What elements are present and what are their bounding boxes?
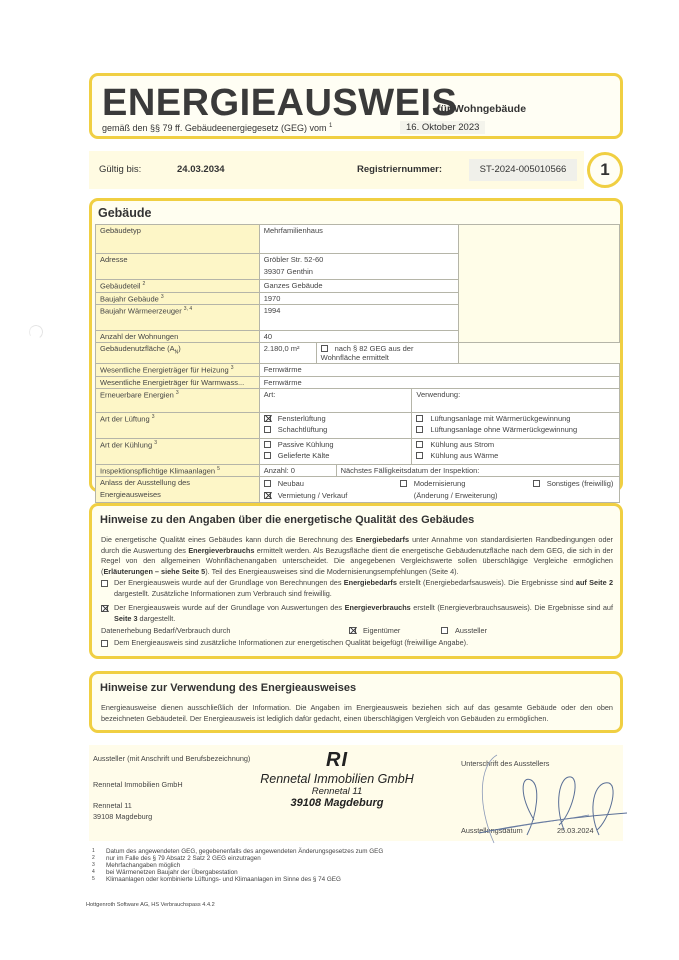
checkbox-checked[interactable] xyxy=(264,415,271,422)
label-ac-inspection: Inspektionspflichtige Klimaanlagen 5 xyxy=(96,464,260,477)
value-year-built: 1970 xyxy=(259,292,459,305)
law-reference: gemäß den §§ 79 ff. Gebäudeenergiegesetz… xyxy=(102,123,332,133)
label-address: Adresse xyxy=(96,254,260,280)
address-street: Gröbler Str. 52-60 xyxy=(264,255,455,264)
issuer-street: Rennetal 11 xyxy=(93,801,132,810)
row-renewable: Erneuerbare Energien 3 Art: Verwendung: xyxy=(96,388,620,412)
building-table: Gebäudetyp Mehrfamilienhaus Adresse Gröb… xyxy=(95,224,620,503)
label-cooling: Art der Kühlung 3 xyxy=(96,438,260,464)
stamp-logo: RI xyxy=(237,749,437,772)
address-city: 39307 Genthin xyxy=(264,267,455,276)
checkbox[interactable] xyxy=(264,441,271,448)
label-heating-carrier: Wesentliche Energieträger für Heizung 3 xyxy=(96,364,260,377)
value-water-carrier: Fernwärme xyxy=(259,376,619,388)
checkbox-living-space[interactable] xyxy=(321,345,328,352)
label-ventilation: Art der Lüftung 3 xyxy=(96,412,260,438)
option-rent-sale[interactable]: Vermietung / Verkauf xyxy=(264,491,348,500)
option-new-building[interactable]: Neubau xyxy=(264,479,304,488)
option-cooling-heat[interactable]: Kühlung aus Wärme xyxy=(416,451,615,460)
row-ac-inspection: Inspektionspflichtige Klimaanlagen 5 Anz… xyxy=(96,464,620,477)
option-cooling-electric[interactable]: Kühlung aus Strom xyxy=(416,440,615,449)
valid-until-label: Gültig bis: xyxy=(99,164,141,175)
section-title: Hinweise zur Verwendung des Energieauswe… xyxy=(100,682,356,694)
option-owner[interactable]: Eigentümer xyxy=(349,626,400,637)
option-other[interactable]: Sonstiges (freiwillig) xyxy=(533,479,614,488)
stamp-city: 39108 Magdeburg xyxy=(237,797,437,809)
checkbox[interactable] xyxy=(400,480,407,487)
label-renewable: Erneuerbare Energien 3 xyxy=(96,388,260,412)
checkbox[interactable] xyxy=(441,627,448,634)
value-area: 2.180,0 m² xyxy=(259,343,316,364)
law-text: gemäß den §§ 79 ff. Gebäudeenergiegesetz… xyxy=(102,123,326,133)
label-area: Gebäudenutzfläche (AN) xyxy=(96,343,260,364)
row-issue-reason: Anlass der Ausstellung desEnergieausweis… xyxy=(96,477,620,503)
checkbox-label: nach § 82 GEG aus der Wohnfläche ermitte… xyxy=(321,344,414,362)
checkbox[interactable] xyxy=(533,480,540,487)
label-building-part: Gebäudeteil 2 xyxy=(96,280,260,293)
checkbox[interactable] xyxy=(416,452,423,459)
value-renewable-usage: Verwendung: xyxy=(412,388,620,412)
label-year-heater: Baujahr Wärmeerzeuger 3, 4 xyxy=(96,305,260,331)
stamp-name: Rennetal Immobilien GmbH xyxy=(237,772,437,786)
option-delivered-cold[interactable]: Gelieferte Kälte xyxy=(264,451,408,460)
checkbox-checked[interactable] xyxy=(264,492,271,499)
value-building-part: Ganzes Gebäude xyxy=(259,280,459,293)
option-issuer[interactable]: Aussteller xyxy=(441,626,487,637)
checkbox[interactable] xyxy=(416,415,423,422)
footnote-ref: 1 xyxy=(329,123,332,129)
page-number-badge: 1 xyxy=(587,152,623,188)
punch-hole-mark xyxy=(28,324,44,340)
modernisation-detail: (Änderung / Erweiterung) xyxy=(414,491,498,500)
checkbox-checked[interactable] xyxy=(349,627,356,634)
option-modernisation[interactable]: Modernisierung xyxy=(400,479,466,488)
label-units: Anzahl der Wohnungen xyxy=(96,331,260,343)
issuer-label: Aussteller (mit Anschrift und Berufsbeze… xyxy=(93,754,250,763)
document-subtitle: für Wohngebäude xyxy=(437,103,526,115)
option-additional-info[interactable]: Dem Energieausweis sind zusätzliche Info… xyxy=(101,638,613,649)
value-ac-count: Anzahl: 0 xyxy=(259,464,336,477)
law-date-field: 16. Oktober 2023 xyxy=(400,121,485,134)
row-water-carrier: Wesentliche Energieträger für Warmwass..… xyxy=(96,376,620,388)
label-building-type: Gebäudetyp xyxy=(96,225,260,254)
data-collection-row: Datenerhebung Bedarf/Verbrauch durch Eig… xyxy=(101,626,613,637)
option-ventilation-with-recovery[interactable]: Lüftungsanlage mit Wärmerückgewinnung xyxy=(416,414,615,423)
area-living-space-option[interactable]: nach § 82 GEG aus der Wohnfläche ermitte… xyxy=(316,343,459,364)
row-cooling: Art der Kühlung 3 Passive Kühlung Gelief… xyxy=(96,438,620,464)
usage-text: Energieausweise dienen ausschließlich de… xyxy=(101,703,613,724)
value-ac-next-inspection: Nächstes Fälligkeitsdatum der Inspektion… xyxy=(336,464,619,477)
option-passive-cooling[interactable]: Passive Kühlung xyxy=(264,440,408,449)
option-ventilation-without-recovery[interactable]: Lüftungsanlage ohne Wärmerückgewinnung xyxy=(416,425,615,434)
data-collection-label: Datenerhebung Bedarf/Verbrauch durch xyxy=(101,626,230,635)
registration-label: Registriernummer: xyxy=(357,164,442,175)
software-credit: Hottgenroth Software AG, HS Verbrauchspa… xyxy=(86,902,215,908)
checkbox[interactable] xyxy=(416,441,423,448)
footnote: 5Klimaanlagen oder kombinierte Lüftungs-… xyxy=(92,876,341,883)
issuer-section: Aussteller (mit Anschrift und Berufsbeze… xyxy=(89,745,623,841)
checkbox[interactable] xyxy=(264,452,271,459)
checkbox[interactable] xyxy=(264,426,271,433)
value-renewable-kind: Art: xyxy=(259,388,412,412)
validity-bar: Gültig bis: 24.03.2034 Registriernummer:… xyxy=(89,151,584,189)
building-photo-placeholder xyxy=(459,225,620,343)
signature-icon xyxy=(459,735,629,855)
issuer-city: 39108 Magdeburg xyxy=(93,812,152,821)
certificate-header: ENERGIEAUSWEIS für Wohngebäude gemäß den… xyxy=(89,73,623,139)
value-units: 40 xyxy=(259,331,459,343)
registration-number: ST-2024-005010566 xyxy=(469,159,577,181)
checkbox-checked[interactable] xyxy=(101,605,108,612)
row-heating-carrier: Wesentliche Energieträger für Heizung 3 … xyxy=(96,364,620,377)
stamp-street: Rennetal 11 xyxy=(237,786,437,797)
value-year-heater: 1994 xyxy=(259,305,459,331)
label-year-built: Baujahr Gebäude 3 xyxy=(96,292,260,305)
issuer-name: Rennetal Immobilien GmbH xyxy=(93,780,183,789)
valid-until-value: 24.03.2034 xyxy=(177,164,225,175)
checkbox[interactable] xyxy=(101,640,108,647)
label-issue-reason: Anlass der Ausstellung desEnergieausweis… xyxy=(96,477,260,503)
row-area: Gebäudenutzfläche (AN) 2.180,0 m² nach §… xyxy=(96,343,620,364)
company-stamp: RI Rennetal Immobilien GmbH Rennetal 11 … xyxy=(237,749,437,809)
document-title: ENERGIEAUSWEIS xyxy=(102,82,457,125)
quality-hints-section: Hinweise zu den Angaben über die energet… xyxy=(89,503,623,659)
checkbox[interactable] xyxy=(416,426,423,433)
option-window-ventilation[interactable]: Fensterlüftung xyxy=(264,414,408,423)
option-shaft-ventilation[interactable]: Schachtlüftung xyxy=(264,425,408,434)
value-heating-carrier: Fernwärme xyxy=(259,364,619,377)
checkbox[interactable] xyxy=(264,480,271,487)
section-title: Gebäude xyxy=(98,206,152,220)
quality-intro-text: Die energetische Qualität eines Gebäudes… xyxy=(101,535,613,577)
value-building-type: Mehrfamilienhaus xyxy=(259,225,459,254)
option-consumption-certificate[interactable]: Der Energieausweis wurde auf der Grundla… xyxy=(101,603,613,624)
row-ventilation: Art der Lüftung 3 Fensterlüftung Schacht… xyxy=(96,412,620,438)
row-building-type: Gebäudetyp Mehrfamilienhaus xyxy=(96,225,620,254)
label-water-carrier: Wesentliche Energieträger für Warmwass..… xyxy=(96,376,260,388)
option-demand-certificate[interactable]: Der Energieausweis wurde auf der Grundla… xyxy=(101,578,613,599)
value-address: Gröbler Str. 52-6039307 Genthin xyxy=(259,254,459,280)
usage-hints-section: Hinweise zur Verwendung des Energieauswe… xyxy=(89,671,623,733)
checkbox[interactable] xyxy=(101,580,108,587)
section-title: Hinweise zu den Angaben über die energet… xyxy=(100,514,474,526)
building-section: Gebäude Gebäudetyp Mehrfamilienhaus Adre… xyxy=(89,198,623,492)
